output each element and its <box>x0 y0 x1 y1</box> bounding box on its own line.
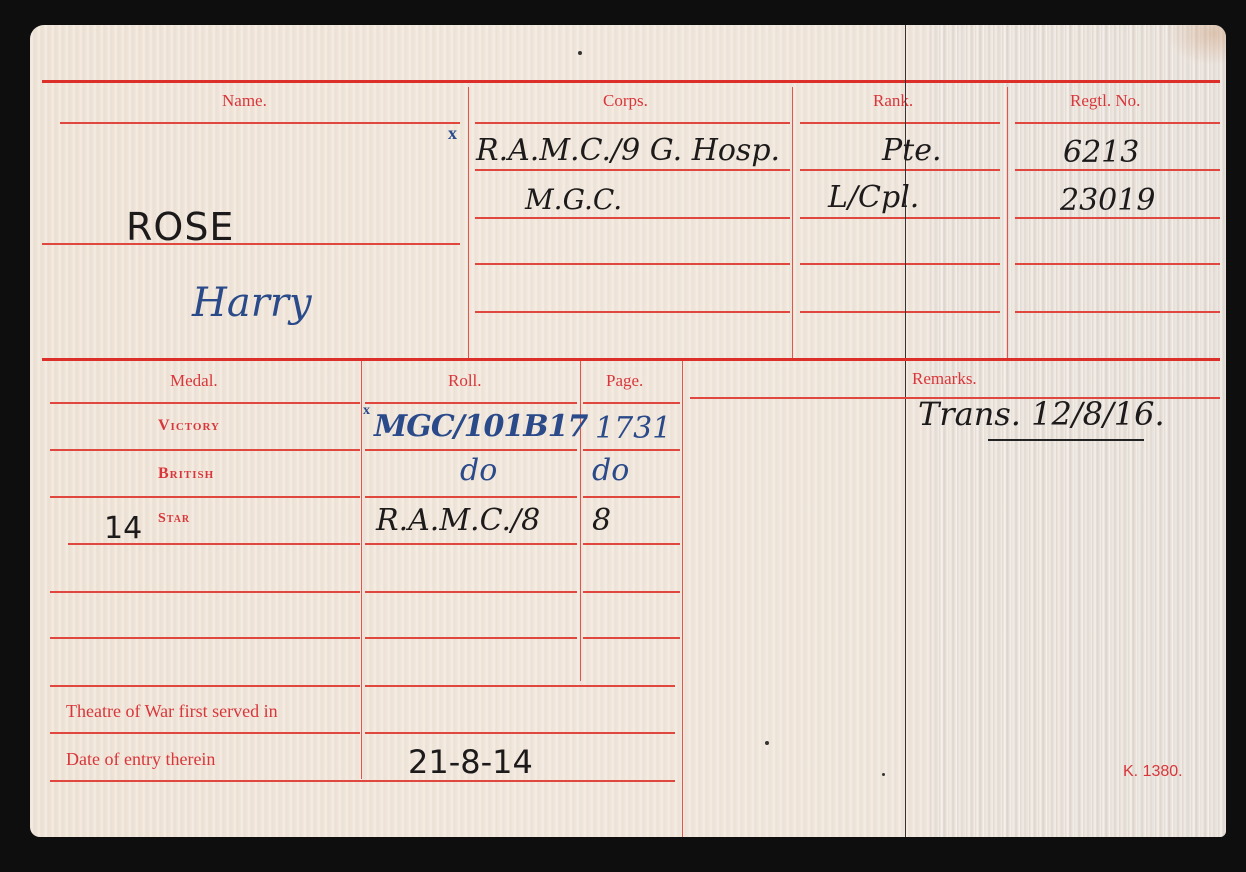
medal-row-rule-6 <box>50 685 360 687</box>
surname: ROSE <box>126 205 234 249</box>
medal-row-rule-4 <box>50 591 360 593</box>
page-row-rule-4 <box>583 591 680 593</box>
theatre-value-rule <box>365 732 675 734</box>
page-victory: 1731 <box>595 411 671 446</box>
corps-2: M.G.C. <box>525 183 622 216</box>
roll-victory: MGC/101B17 <box>374 409 587 444</box>
date-label: Date of entry therein <box>66 749 215 770</box>
remarks-underline <box>988 439 1144 441</box>
speck <box>578 51 582 55</box>
corps-row-rule-4 <box>475 311 790 313</box>
roll-label: Roll. <box>448 371 482 391</box>
top-rule <box>42 80 1220 83</box>
speck <box>765 741 769 745</box>
page-label: Page. <box>606 371 643 391</box>
regt-header-rule <box>1015 122 1220 124</box>
page-star: 8 <box>592 503 611 538</box>
corps-marker: x <box>448 123 457 144</box>
roll-header-rule <box>365 402 577 404</box>
rank-2: L/Cpl. <box>828 180 919 215</box>
regt-no-label: Regtl. No. <box>1070 91 1140 111</box>
roll-star: R.A.M.C./8 <box>376 503 540 538</box>
medal-label: Medal. <box>170 371 218 391</box>
roll-row-rule-6 <box>365 685 675 687</box>
date-rule <box>50 780 675 782</box>
regt-divider <box>1007 87 1008 359</box>
rank-label: Rank. <box>873 91 913 111</box>
page-header-rule <box>583 402 680 404</box>
roll-divider <box>361 361 362 779</box>
date-value: 21-8-14 <box>408 743 533 781</box>
corps-label: Corps. <box>603 91 648 111</box>
corps-row-rule-3 <box>475 263 790 265</box>
surname-rule <box>42 243 460 245</box>
medal-row-rule-5 <box>50 637 360 639</box>
roll-row-rule-4 <box>365 591 577 593</box>
remarks-divider <box>682 361 683 837</box>
rank-1: Pte. <box>882 133 942 168</box>
form-number: K. 1380. <box>1123 763 1183 781</box>
regt-no-1: 6213 <box>1063 135 1139 170</box>
medal-row-rule-2 <box>50 496 360 498</box>
roll-marker: x <box>363 403 370 419</box>
page-row-rule-5 <box>583 637 680 639</box>
forename: Harry <box>192 280 312 326</box>
name-label: Name. <box>222 91 267 111</box>
theatre-label: Theatre of War first served in <box>66 701 278 722</box>
roll-row-rule-2 <box>365 496 577 498</box>
name-header-rule <box>60 122 460 124</box>
speck <box>882 773 885 776</box>
corps-row-rule-2 <box>475 217 790 219</box>
remarks-value: Trans. 12/8/16. <box>918 395 1165 433</box>
rank-row-rule-3 <box>800 263 1000 265</box>
medal-victory-label: Victory <box>158 417 220 435</box>
page-row-rule-1 <box>583 449 680 451</box>
star-prefix: 14 <box>104 511 142 546</box>
rank-row-rule-1 <box>800 169 1000 171</box>
regt-no-2: 23019 <box>1060 183 1155 218</box>
rank-header-rule <box>800 122 1000 124</box>
page-row-rule-3 <box>583 543 680 545</box>
roll-row-rule-3 <box>365 543 577 545</box>
regt-row-rule-4 <box>1015 311 1220 313</box>
corps-row-rule-1 <box>475 169 790 171</box>
page-row-rule-2 <box>583 496 680 498</box>
medal-index-card: Name. Corps. Rank. Regtl. No. ROSE Harry… <box>30 25 1226 837</box>
rank-divider <box>792 87 793 359</box>
middle-rule <box>42 358 1220 361</box>
rank-row-rule-2 <box>800 217 1000 219</box>
page-british: do <box>592 453 629 488</box>
medal-star-label: Star <box>158 511 190 527</box>
roll-row-rule-1 <box>365 449 577 451</box>
theatre-rule <box>50 732 360 734</box>
regt-row-rule-3 <box>1015 263 1220 265</box>
roll-row-rule-5 <box>365 637 577 639</box>
medal-row-rule-1 <box>50 449 360 451</box>
corps-header-rule <box>475 122 790 124</box>
rank-row-rule-4 <box>800 311 1000 313</box>
medal-british-label: British <box>158 465 214 483</box>
remarks-label: Remarks. <box>912 369 977 389</box>
medal-header-rule <box>50 402 360 404</box>
roll-british: do <box>460 453 497 488</box>
corps-divider <box>468 87 469 359</box>
corner-stain <box>1166 25 1226 65</box>
corps-1: R.A.M.C./9 G. Hosp. <box>476 133 780 168</box>
